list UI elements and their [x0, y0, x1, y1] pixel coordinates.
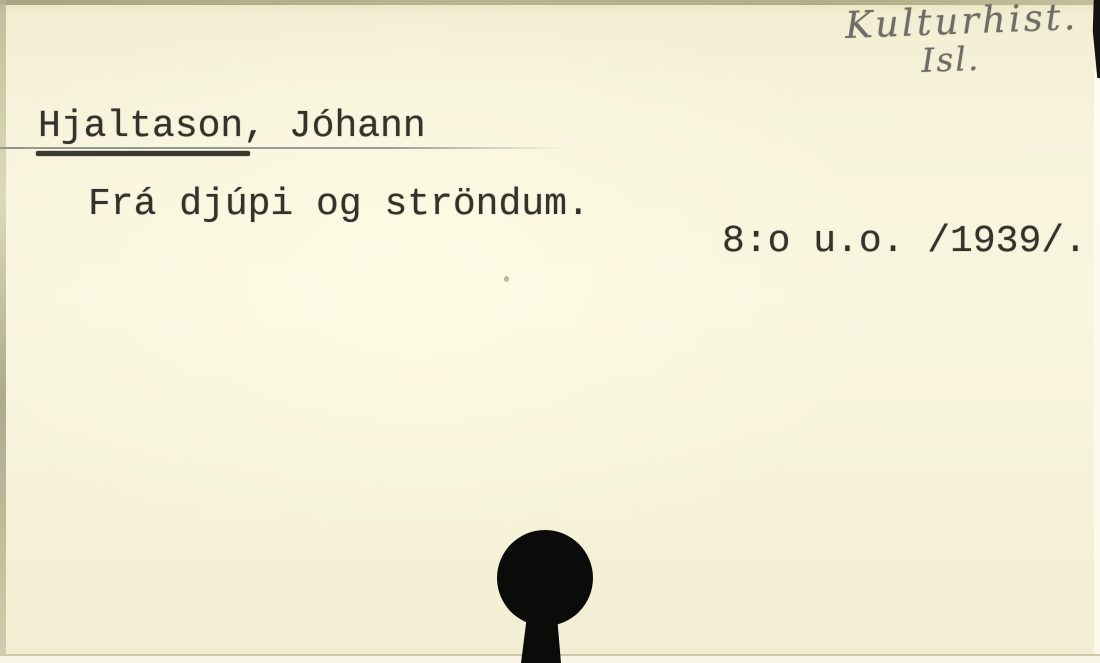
rod-punch-hole: [490, 524, 602, 663]
paper-speck: [504, 276, 509, 282]
catalog-card-scan: Kulturhist. Isl. Hjaltason, Jóhann Frá d…: [0, 0, 1100, 663]
author-heading: Hjaltason, Jóhann: [38, 108, 426, 146]
heading-ruled-line: [0, 147, 566, 149]
card-left-edge: [0, 0, 6, 663]
title-line: Frá djúpi og ströndum.: [88, 186, 590, 224]
card-right-edge: [1094, 70, 1100, 663]
classification-handwritten-line2: Isl.: [921, 39, 981, 80]
format-imprint: 8:o u.o. /1939/.: [722, 223, 1087, 261]
author-surname-underline: [36, 151, 250, 156]
